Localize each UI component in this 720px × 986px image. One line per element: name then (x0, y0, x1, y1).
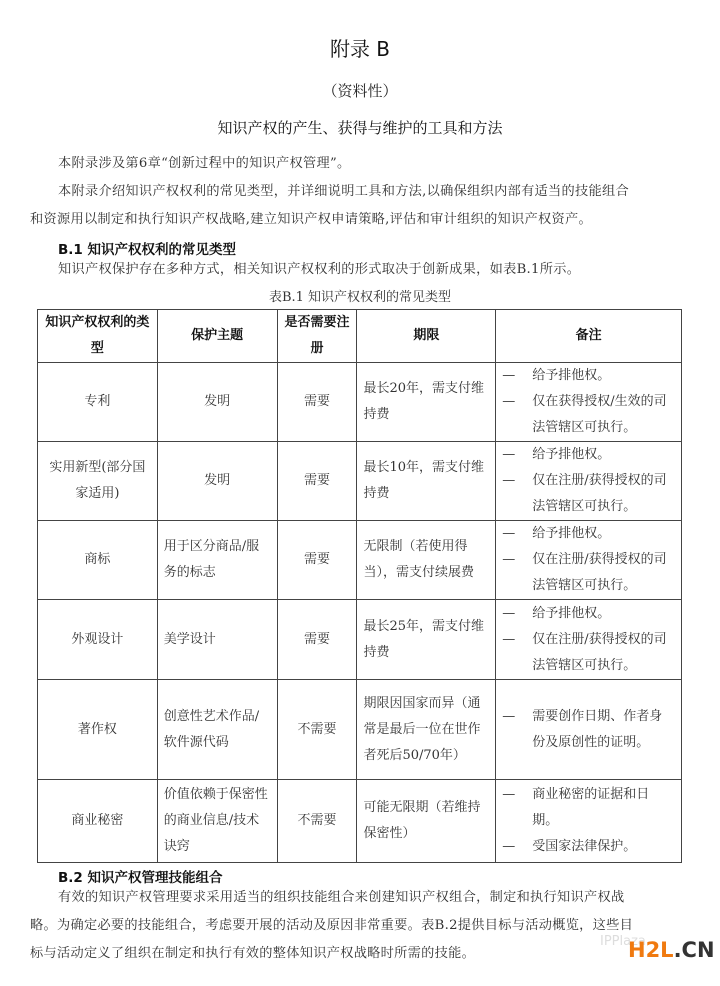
col-header-notes: 备注 (496, 310, 682, 363)
note-text: 给予排他权。 (532, 601, 610, 627)
note-text: 仅在注册/获得授权的司法管辖区可执行。 (532, 547, 675, 599)
note-text: 给予排他权。 (532, 521, 610, 547)
section-b1-title: B.1 知识产权权利的常见类型 (58, 238, 236, 258)
table-row: 实用新型(部分国家适用) 发明 需要 最长10年，需支付维持费 —给予排他权。 … (38, 442, 682, 521)
cell-term: 可能无限期（若维持保密性） (357, 780, 496, 863)
col-header-subject: 保护主题 (157, 310, 277, 363)
table-caption: 表B.1 知识产权权利的常见类型 (0, 286, 720, 305)
appendix-title: 附录 B (0, 33, 720, 62)
cell-type: 商标 (38, 521, 158, 600)
col-header-term: 期限 (357, 310, 496, 363)
section-b2-line-2: 略。为确定必要的技能组合，考虑要开展的活动及原因非常重要。表B.2提供目标与活动… (30, 912, 633, 940)
cell-notes: —给予排他权。 —仅在注册/获得授权的司法管辖区可执行。 (496, 521, 682, 600)
cell-notes: —给予排他权。 —仅在注册/获得授权的司法管辖区可执行。 (496, 442, 682, 521)
cell-type: 实用新型(部分国家适用) (38, 442, 158, 521)
col-header-registration: 是否需要注册 (277, 310, 357, 363)
cell-subject: 发明 (157, 442, 277, 521)
cell-registration: 不需要 (277, 680, 357, 780)
note-text: 仅在注册/获得授权的司法管辖区可执行。 (532, 627, 675, 679)
cell-notes: —商业秘密的证据和日期。 —受国家法律保护。 (496, 780, 682, 863)
dash-bullet: — (502, 363, 532, 389)
section-b2-line-1: 有效的知识产权管理要求采用适当的组织技能组合来创建知识产权组合，制定和执行知识产… (58, 884, 624, 912)
cell-subject: 创意性艺术作品/ 软件源代码 (157, 680, 277, 780)
col-header-type: 知识产权权利的类型 (38, 310, 158, 363)
dash-bullet: — (502, 782, 532, 834)
watermark-orange-text: H2L (628, 938, 674, 962)
dash-bullet: — (502, 468, 532, 520)
dash-bullet: — (502, 601, 532, 627)
cell-type: 外观设计 (38, 600, 158, 680)
note-text: 商业秘密的证据和日期。 (532, 782, 675, 834)
section-b1-text: 知识产权保护存在多种方式，相关知识产权权利的形式取决于创新成果，如表B.1所示。 (58, 256, 580, 284)
dash-bullet: — (502, 627, 532, 679)
intro-paragraph-2-cont: 和资源用以制定和执行知识产权战略,建立知识产权申请策略,评估和审计组织的知识产权… (30, 206, 592, 234)
cell-type: 专利 (38, 363, 158, 442)
cell-subject: 用于区分商品/服务的标志 (157, 521, 277, 600)
dash-bullet: — (502, 547, 532, 599)
table-row: 专利 发明 需要 最长20年，需支付维持费 —给予排他权。 —仅在获得授权/生效… (38, 363, 682, 442)
cell-term: 最长20年，需支付维持费 (357, 363, 496, 442)
site-watermark-logo: H2L.CN (628, 938, 715, 962)
cell-registration: 需要 (277, 600, 357, 680)
cell-term: 最长10年，需支付维持费 (357, 442, 496, 521)
note-text: 仅在注册/获得授权的司法管辖区可执行。 (532, 468, 675, 520)
table-row: 外观设计 美学设计 需要 最长25年，需支付维持费 —给予排他权。 —仅在注册/… (38, 600, 682, 680)
cell-subject: 发明 (157, 363, 277, 442)
watermark-dark-text: .CN (674, 938, 715, 962)
ip-rights-table: 知识产权权利的类型 保护主题 是否需要注册 期限 备注 专利 发明 需要 最长2… (37, 309, 682, 863)
note-text: 需要创作日期、作者身份及原创性的证明。 (532, 704, 675, 756)
note-text: 仅在获得授权/生效的司法管辖区可执行。 (532, 389, 675, 441)
cell-subject: 价值依赖于保密性的商业信息/技术诀窍 (157, 780, 277, 863)
dash-bullet: — (502, 389, 532, 441)
dash-bullet: — (502, 704, 532, 756)
cell-notes: —给予排他权。 —仅在获得授权/生效的司法管辖区可执行。 (496, 363, 682, 442)
section-b2-line-3: 标与活动定义了组织在制定和执行有效的整体知识产权战略时所需的技能。 (30, 940, 475, 968)
table-header-row: 知识产权权利的类型 保护主题 是否需要注册 期限 备注 (38, 310, 682, 363)
table-row: 著作权 创意性艺术作品/ 软件源代码 不需要 期限因国家而异（通常是最后一位在世… (38, 680, 682, 780)
note-text: 给予排他权。 (532, 442, 610, 468)
cell-type: 著作权 (38, 680, 158, 780)
appendix-heading: 知识产权的产生、获得与维护的工具和方法 (0, 117, 720, 138)
note-text: 给予排他权。 (532, 363, 610, 389)
dash-bullet: — (502, 521, 532, 547)
cell-registration: 不需要 (277, 780, 357, 863)
cell-registration: 需要 (277, 521, 357, 600)
dash-bullet: — (502, 834, 532, 860)
cell-registration: 需要 (277, 363, 357, 442)
cell-registration: 需要 (277, 442, 357, 521)
table-row: 商业秘密 价值依赖于保密性的商业信息/技术诀窍 不需要 可能无限期（若维持保密性… (38, 780, 682, 863)
cell-term: 期限因国家而异（通常是最后一位在世作者死后50/70年） (357, 680, 496, 780)
cell-subject: 美学设计 (157, 600, 277, 680)
cell-term: 最长25年，需支付维持费 (357, 600, 496, 680)
cell-notes: —需要创作日期、作者身份及原创性的证明。 (496, 680, 682, 780)
table-row: 商标 用于区分商品/服务的标志 需要 无限制（若使用得当），需支付续展费 —给予… (38, 521, 682, 600)
intro-paragraph-1: 本附录涉及第6章“创新过程中的知识产权管理”。 (58, 150, 351, 178)
intro-paragraph-2: 本附录介绍知识产权权利的常见类型，并详细说明工具和方法,以确保组织内部有适当的技… (58, 178, 629, 206)
appendix-subtitle: （资料性） (0, 80, 720, 101)
note-text: 受国家法律保护。 (532, 834, 636, 860)
cell-type: 商业秘密 (38, 780, 158, 863)
cell-notes: —给予排他权。 —仅在注册/获得授权的司法管辖区可执行。 (496, 600, 682, 680)
cell-term: 无限制（若使用得当），需支付续展费 (357, 521, 496, 600)
dash-bullet: — (502, 442, 532, 468)
section-b2-title: B.2 知识产权管理技能组合 (58, 866, 223, 886)
